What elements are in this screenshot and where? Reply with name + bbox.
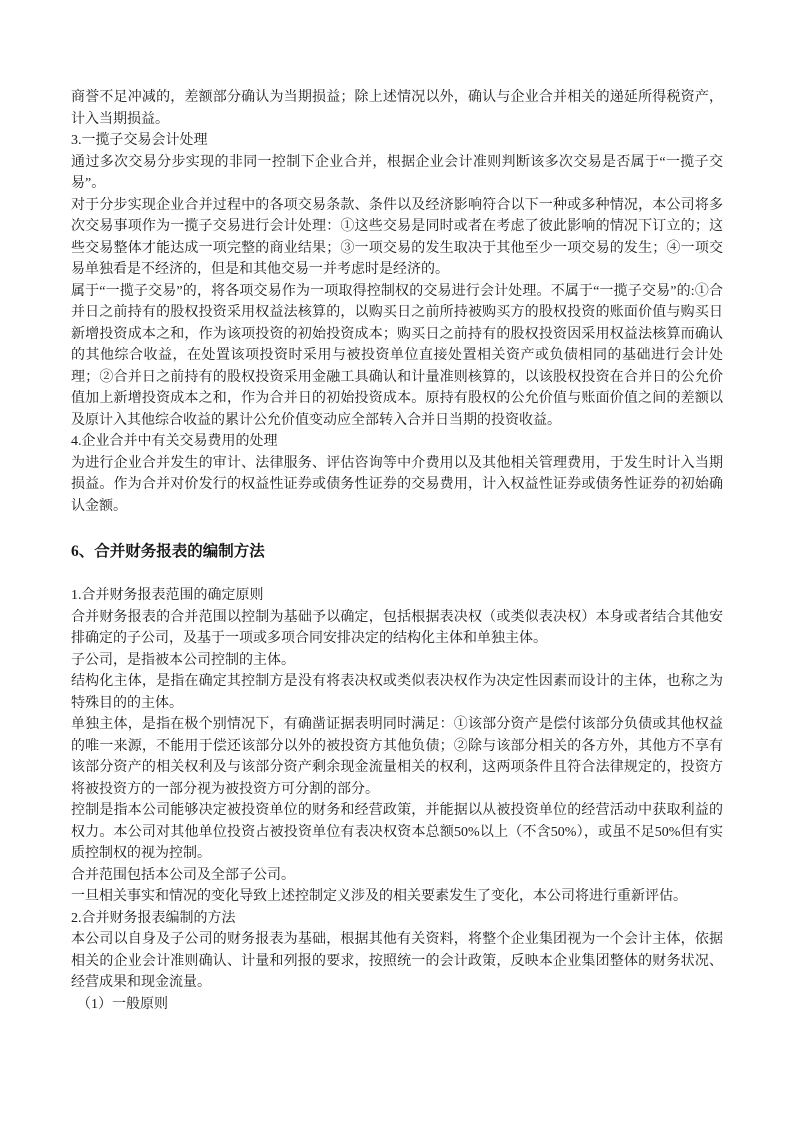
paragraph: 一旦相关事实和情况的变化导致上述控制定义涉及的相关要素发生了变化，本公司将进行重… bbox=[71, 886, 723, 908]
paragraph: 合并范围包括本公司及全部子公司。 bbox=[71, 865, 723, 887]
paragraph: 4.企业合并中有关交易费用的处理 bbox=[71, 431, 723, 453]
document-content: 商誉不足冲减的，差额部分确认为当期损益；除上述情况以外，确认与企业合并相关的递延… bbox=[71, 87, 723, 1015]
paragraph: 子公司，是指被本公司控制的主体。 bbox=[71, 650, 723, 672]
paragraph: 属于“一揽子交易”的，将各项交易作为一项取得控制权的交易进行会计处理。不属于“一… bbox=[71, 281, 723, 432]
paragraph: 2.合并财务报表编制的方法 bbox=[71, 908, 723, 930]
paragraph: 单独主体，是指在极个别情况下，有确凿证据表明同时满足：①该部分资产是偿付该部分负… bbox=[71, 714, 723, 800]
paragraph: 商誉不足冲减的，差额部分确认为当期损益；除上述情况以外，确认与企业合并相关的递延… bbox=[71, 87, 723, 130]
paragraph: （1）一般原则 bbox=[71, 994, 723, 1016]
section-heading: 6、合并财务报表的编制方法 bbox=[71, 541, 723, 563]
paragraph: 对于分步实现企业合并过程中的各项交易条款、条件以及经济影响符合以下一种或多种情况… bbox=[71, 195, 723, 281]
paragraph: 本公司以自身及子公司的财务报表为基础，根据其他有关资料，将整个企业集团视为一个会… bbox=[71, 929, 723, 994]
paragraph: 结构化主体，是指在确定其控制方是没有将表决权或类似表决权作为决定性因素而设计的主… bbox=[71, 671, 723, 714]
paragraph: 为进行企业合并发生的审计、法律服务、评估咨询等中介费用以及其他相关管理费用，于发… bbox=[71, 453, 723, 518]
paragraph: 3.一揽子交易会计处理 bbox=[71, 130, 723, 152]
paragraph: 合并财务报表的合并范围以控制为基础予以确定，包括根据表决权（或类似表决权）本身或… bbox=[71, 607, 723, 650]
document-page: 商誉不足冲减的，差额部分确认为当期损益；除上述情况以外，确认与企业合并相关的递延… bbox=[0, 0, 793, 1122]
paragraph: 控制是指本公司能够决定被投资单位的财务和经营政策，并能据以从被投资单位的经营活动… bbox=[71, 800, 723, 865]
paragraph: 通过多次交易分步实现的非同一控制下企业合并，根据企业会计准则判断该多次交易是否属… bbox=[71, 152, 723, 195]
paragraph: 1.合并财务报表范围的确定原则 bbox=[71, 585, 723, 607]
